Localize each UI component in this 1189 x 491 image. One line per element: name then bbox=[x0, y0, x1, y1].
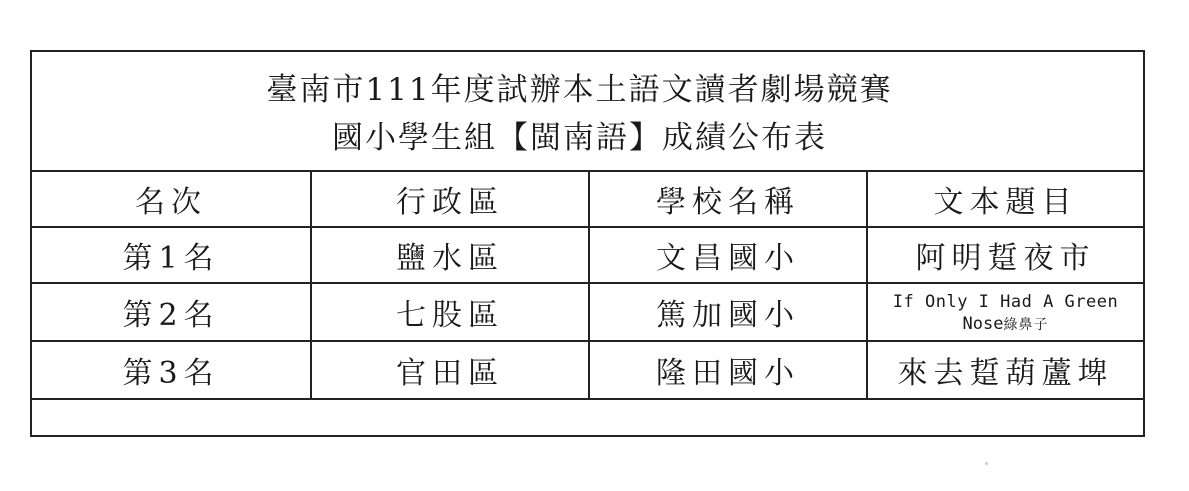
header-text-title: 文本題目 bbox=[868, 172, 1143, 226]
document-title: 臺南市111年度試辦本土語文讀者劇場競賽 bbox=[24, 70, 1135, 110]
empty-footer-row bbox=[32, 400, 1143, 437]
district-cell: 七股區 bbox=[312, 284, 590, 340]
document-subtitle: 國小學生組【閩南語】成績公布表 bbox=[24, 118, 1135, 158]
district-cell: 鹽水區 bbox=[312, 228, 590, 282]
district-cell: 官田區 bbox=[312, 342, 590, 398]
text-title-en: Nose bbox=[963, 314, 1004, 334]
rank-cell: 第3名 bbox=[32, 342, 312, 398]
text-title-cell: 阿明踅夜市 bbox=[868, 228, 1143, 282]
text-title-zh: 綠鼻子 bbox=[1003, 317, 1048, 333]
rank-cell: 第1名 bbox=[32, 228, 312, 282]
text-title-line1: If Only I Had A Green bbox=[893, 291, 1118, 313]
title-block: 臺南市111年度試辦本土語文讀者劇場競賽 國小學生組【閩南語】成績公布表 bbox=[32, 52, 1143, 172]
header-school: 學校名稱 bbox=[590, 172, 868, 226]
text-title-cell: 來去踅葫蘆埤 bbox=[868, 342, 1143, 398]
school-cell: 隆田國小 bbox=[590, 342, 868, 398]
text-title-cell: If Only I Had A Green Nose綠鼻子 bbox=[868, 284, 1143, 340]
school-cell: 篤加國小 bbox=[590, 284, 868, 340]
school-cell: 文昌國小 bbox=[590, 228, 868, 282]
table-row: 第3名 官田區 隆田國小 來去踅葫蘆埤 bbox=[32, 342, 1143, 400]
results-table: 名次 行政區 學校名稱 文本題目 第1名 鹽水區 文昌國小 阿明踅夜市 第2名 … bbox=[32, 172, 1143, 437]
scan-speck bbox=[985, 462, 988, 465]
header-district: 行政區 bbox=[312, 172, 590, 226]
rank-cell: 第2名 bbox=[32, 284, 312, 340]
header-rank: 名次 bbox=[32, 172, 312, 226]
table-row: 第1名 鹽水區 文昌國小 阿明踅夜市 bbox=[32, 228, 1143, 284]
text-title-line2: Nose綠鼻子 bbox=[963, 313, 1049, 336]
results-table-sheet: 臺南市111年度試辦本土語文讀者劇場競賽 國小學生組【閩南語】成績公布表 名次 … bbox=[30, 50, 1145, 437]
table-header-row: 名次 行政區 學校名稱 文本題目 bbox=[32, 172, 1143, 228]
table-row: 第2名 七股區 篤加國小 If Only I Had A Green Nose綠… bbox=[32, 284, 1143, 342]
